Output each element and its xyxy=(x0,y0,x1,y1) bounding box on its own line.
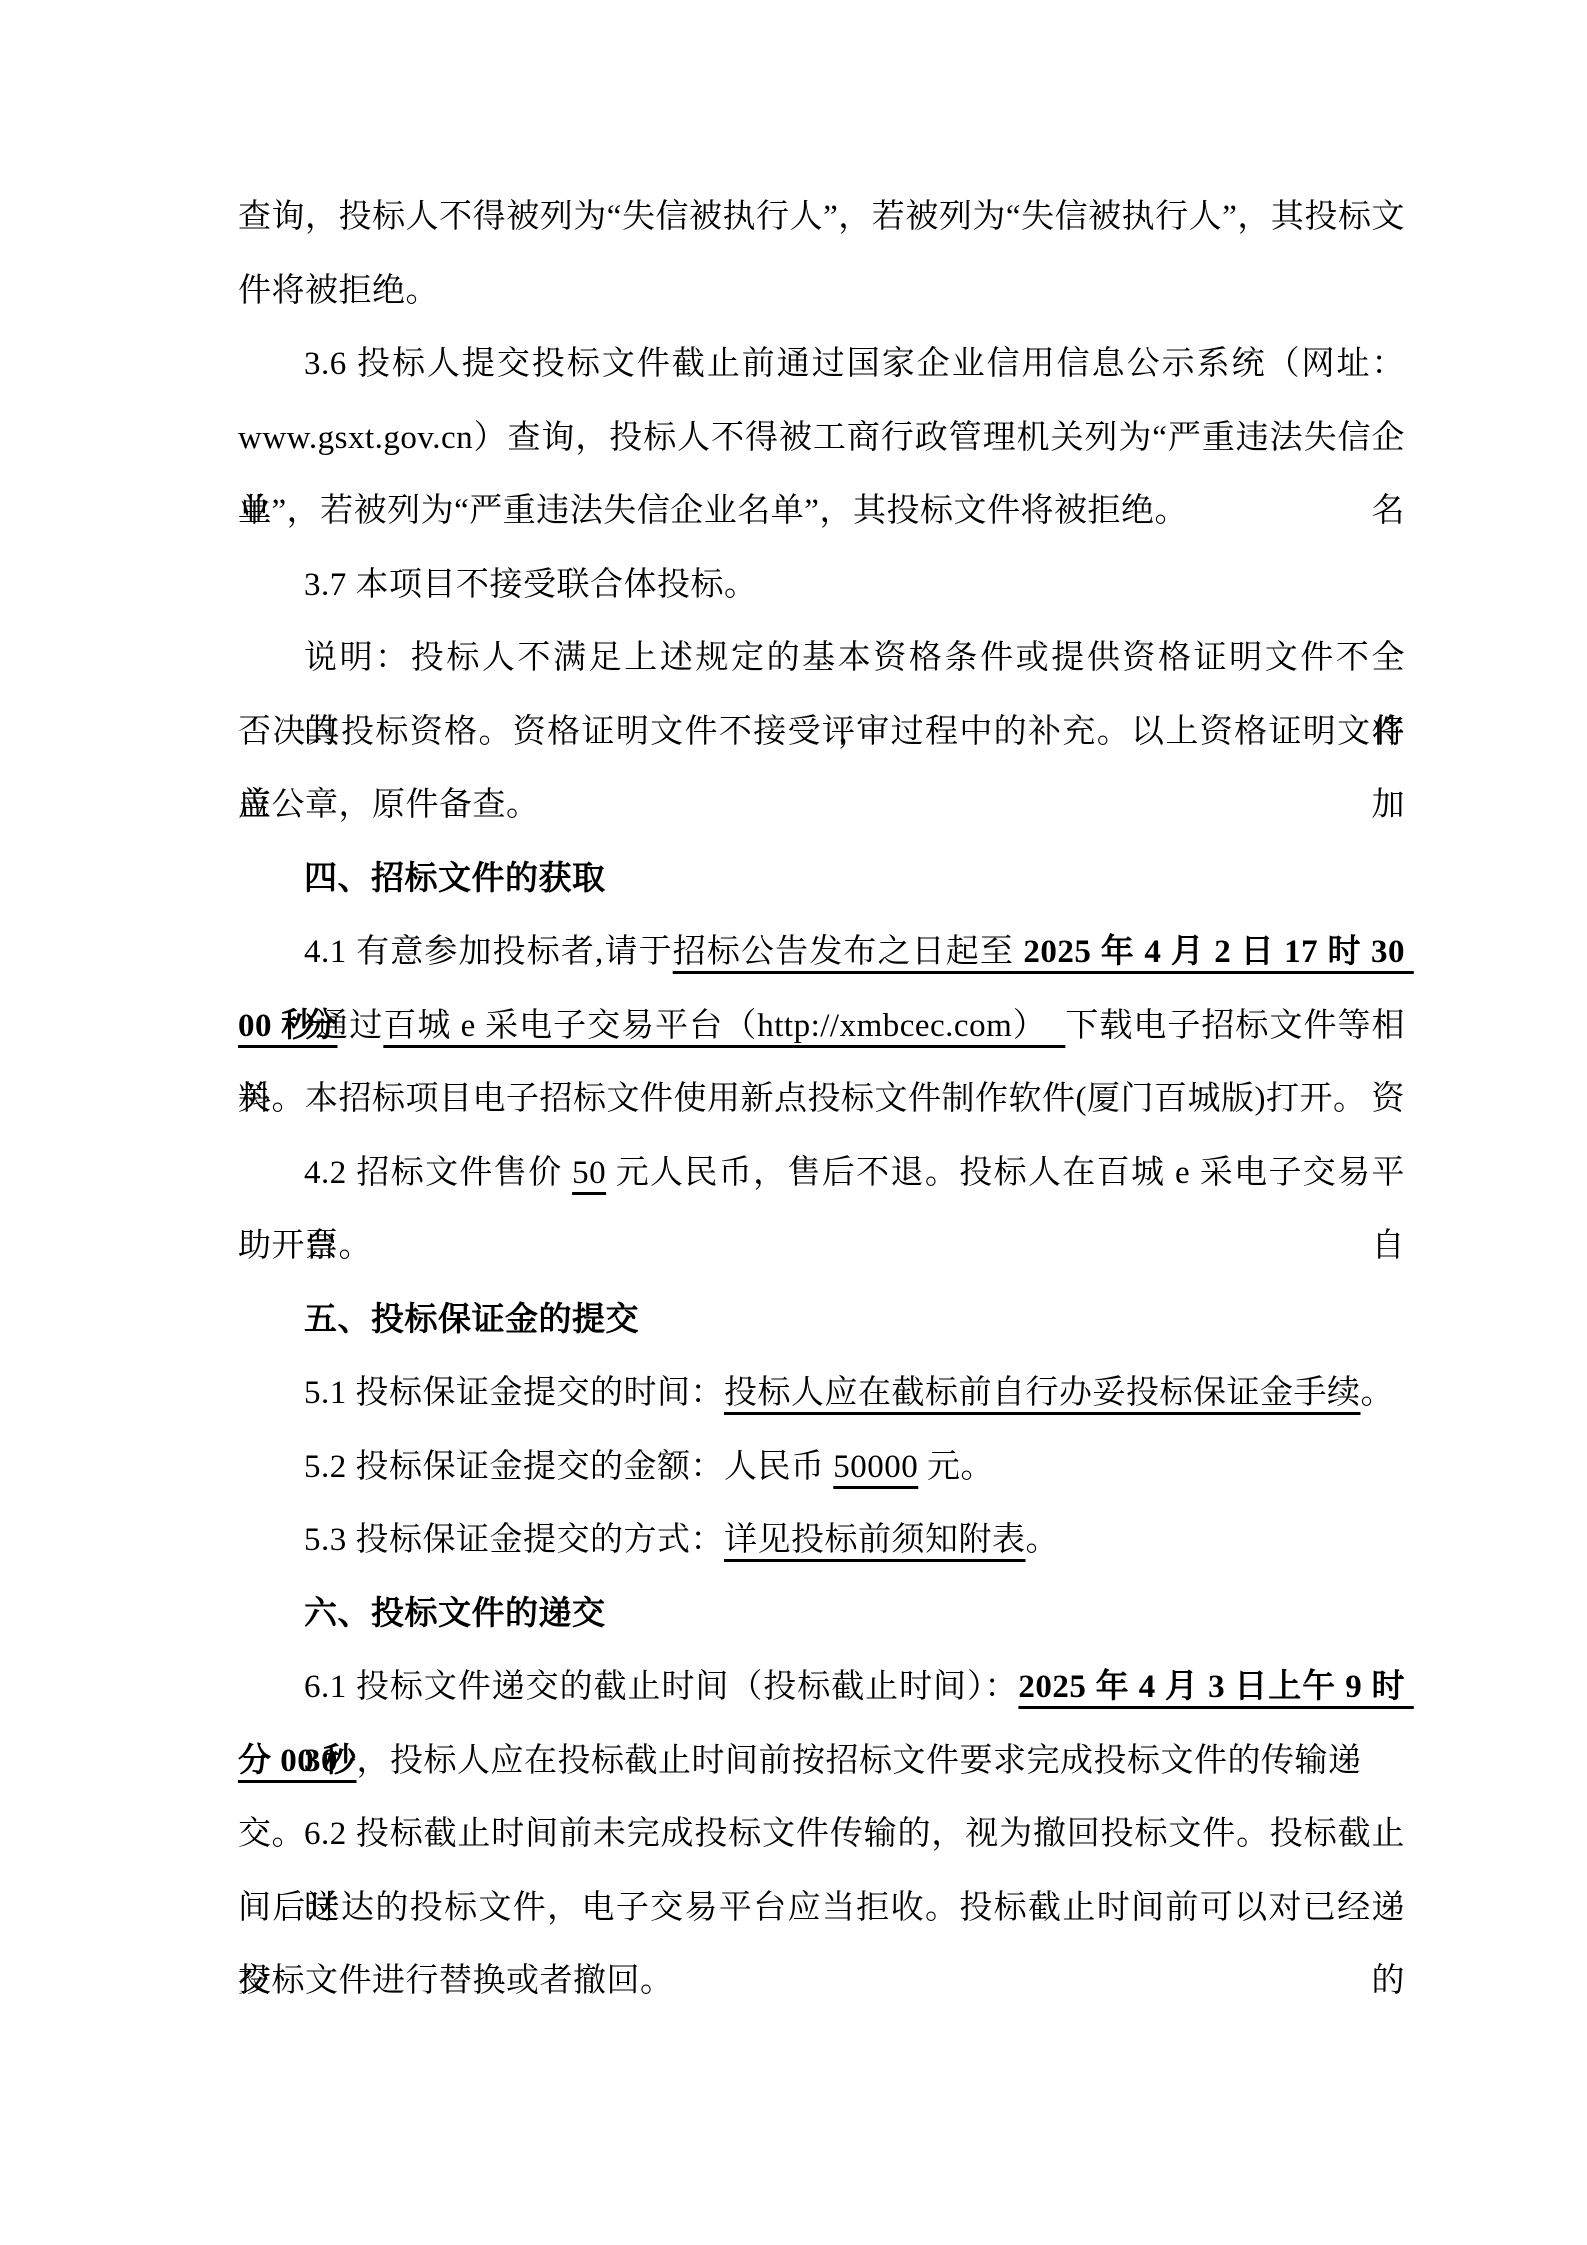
text-run: 四、招标文件的获取 xyxy=(304,861,606,897)
text-line: 查询，投标人不得被列为“失信被执行人”，若被列为“失信被执行人”，其投标文 xyxy=(238,181,1405,255)
text-line: www.gsxt.gov.cn）查询，投标人不得被工商行政管理机关列为“严重违法… xyxy=(238,402,1405,476)
text-run: 分 00 秒 xyxy=(238,1743,357,1779)
text-line: 料。本招标项目电子招标文件使用新点投标文件制作软件(厦门百城版)打开。 xyxy=(238,1063,1405,1137)
text-run: 6.1 投标文件递交的截止时间（投标截止时间）： xyxy=(304,1669,1018,1705)
text-line: 六、投标文件的递交 xyxy=(238,1578,1405,1652)
text-run: 。 xyxy=(1026,1522,1060,1558)
text-run: 50000 xyxy=(833,1449,918,1485)
text-run: 4.1 有意参加投标者,请于 xyxy=(304,934,673,970)
text-line: 6.2 投标截止时间前未完成投标文件传输的，视为撤回投标文件。投标截止时 xyxy=(238,1798,1405,1872)
text-line: 3.7 本项目不接受联合体投标。 xyxy=(238,549,1405,623)
document-page: 查询，投标人不得被列为“失信被执行人”，若被列为“失信被执行人”，其投标文件将被… xyxy=(0,0,1587,2245)
text-run: 50 xyxy=(572,1155,606,1191)
text-run: 3.6 投标人提交投标文件截止前通过国家企业信用信息公示系统（网址： xyxy=(304,346,1405,382)
text-line: 4.2 招标文件售价 50 元人民币，售后不退。投标人在百城 e 采电子交易平台… xyxy=(238,1137,1405,1211)
text-line: 6.1 投标文件递交的截止时间（投标截止时间）：2025 年 4 月 3 日上午… xyxy=(238,1651,1405,1725)
text-run: 。 xyxy=(1361,1375,1395,1411)
text-run: 3.7 本项目不接受联合体投标。 xyxy=(304,567,758,603)
text-line: 5.2 投标保证金提交的金额：人民币 50000 元。 xyxy=(238,1431,1405,1505)
text-line: 5.3 投标保证金提交的方式：详见投标前须知附表。 xyxy=(238,1504,1405,1578)
text-run: 助开票。 xyxy=(238,1228,372,1264)
document-body: 查询，投标人不得被列为“失信被执行人”，若被列为“失信被执行人”，其投标文件将被… xyxy=(238,181,1405,2019)
text-line: 4.1 有意参加投标者,请于招标公告发布之日起至 2025 年 4 月 2 日 … xyxy=(238,916,1405,990)
text-run: 5.1 投标保证金提交的时间： xyxy=(304,1375,724,1411)
text-run: 查询，投标人不得被列为“失信被执行人”，若被列为“失信被执行人”，其投标文 xyxy=(238,199,1405,235)
text-line: 四、招标文件的获取 xyxy=(238,843,1405,917)
text-run: 单”，若被列为“严重违法失信企业名单”，其投标文件将被拒绝。 xyxy=(238,493,1188,529)
text-run: 00 秒 xyxy=(238,1008,315,1044)
text-run: 五、投标保证金的提交 xyxy=(304,1302,639,1338)
text-run: 盖公章，原件备查。 xyxy=(238,787,540,823)
text-line: 3.6 投标人提交投标文件截止前通过国家企业信用信息公示系统（网址： xyxy=(238,328,1405,402)
text-line: 5.1 投标保证金提交的时间：投标人应在截标前自行办妥投标保证金手续。 xyxy=(238,1357,1405,1431)
text-run: 投标文件进行替换或者撤回。 xyxy=(238,1963,674,1999)
text-run: 5.3 投标保证金提交的方式： xyxy=(304,1522,724,1558)
text-line: 间后送达的投标文件，电子交易平台应当拒收。投标截止时间前可以对已经递交的 xyxy=(238,1872,1405,1946)
text-run: 六、投标文件的递交 xyxy=(304,1596,606,1632)
text-run: 招标公告发布之日起至 xyxy=(673,934,1014,970)
text-run: 料。本招标项目电子招标文件使用新点投标文件制作软件(厦门百城版)打开。 xyxy=(238,1081,1366,1117)
text-line: 件将被拒绝。 xyxy=(238,255,1405,329)
text-run: 件将被拒绝。 xyxy=(238,273,439,309)
text-run: 百城 e 采电子交易平台（http://xmbcec.com） xyxy=(383,1008,1065,1044)
text-line: 00 秒通过百城 e 采电子交易平台（http://xmbcec.com） 下载… xyxy=(238,990,1405,1064)
text-line: 否决其投标资格。资格证明文件不接受评审过程中的补充。以上资格证明文件应加 xyxy=(238,696,1405,770)
text-line: 说明：投标人不满足上述规定的基本资格条件或提供资格证明文件不全的，将 xyxy=(238,622,1405,696)
text-run: 元。 xyxy=(918,1449,994,1485)
text-run: 详见投标前须知附表 xyxy=(724,1522,1026,1558)
text-line: 五、投标保证金的提交 xyxy=(238,1284,1405,1358)
text-run: 4.2 招标文件售价 xyxy=(304,1155,572,1191)
text-line: 分 00 秒，投标人应在投标截止时间前按招标文件要求完成投标文件的传输递交。 xyxy=(238,1725,1405,1799)
text-run: 通过 xyxy=(315,1008,383,1044)
text-run: 5.2 投标保证金提交的金额：人民币 xyxy=(304,1449,833,1485)
text-run: 投标人应在截标前自行办妥投标保证金手续 xyxy=(724,1375,1361,1411)
